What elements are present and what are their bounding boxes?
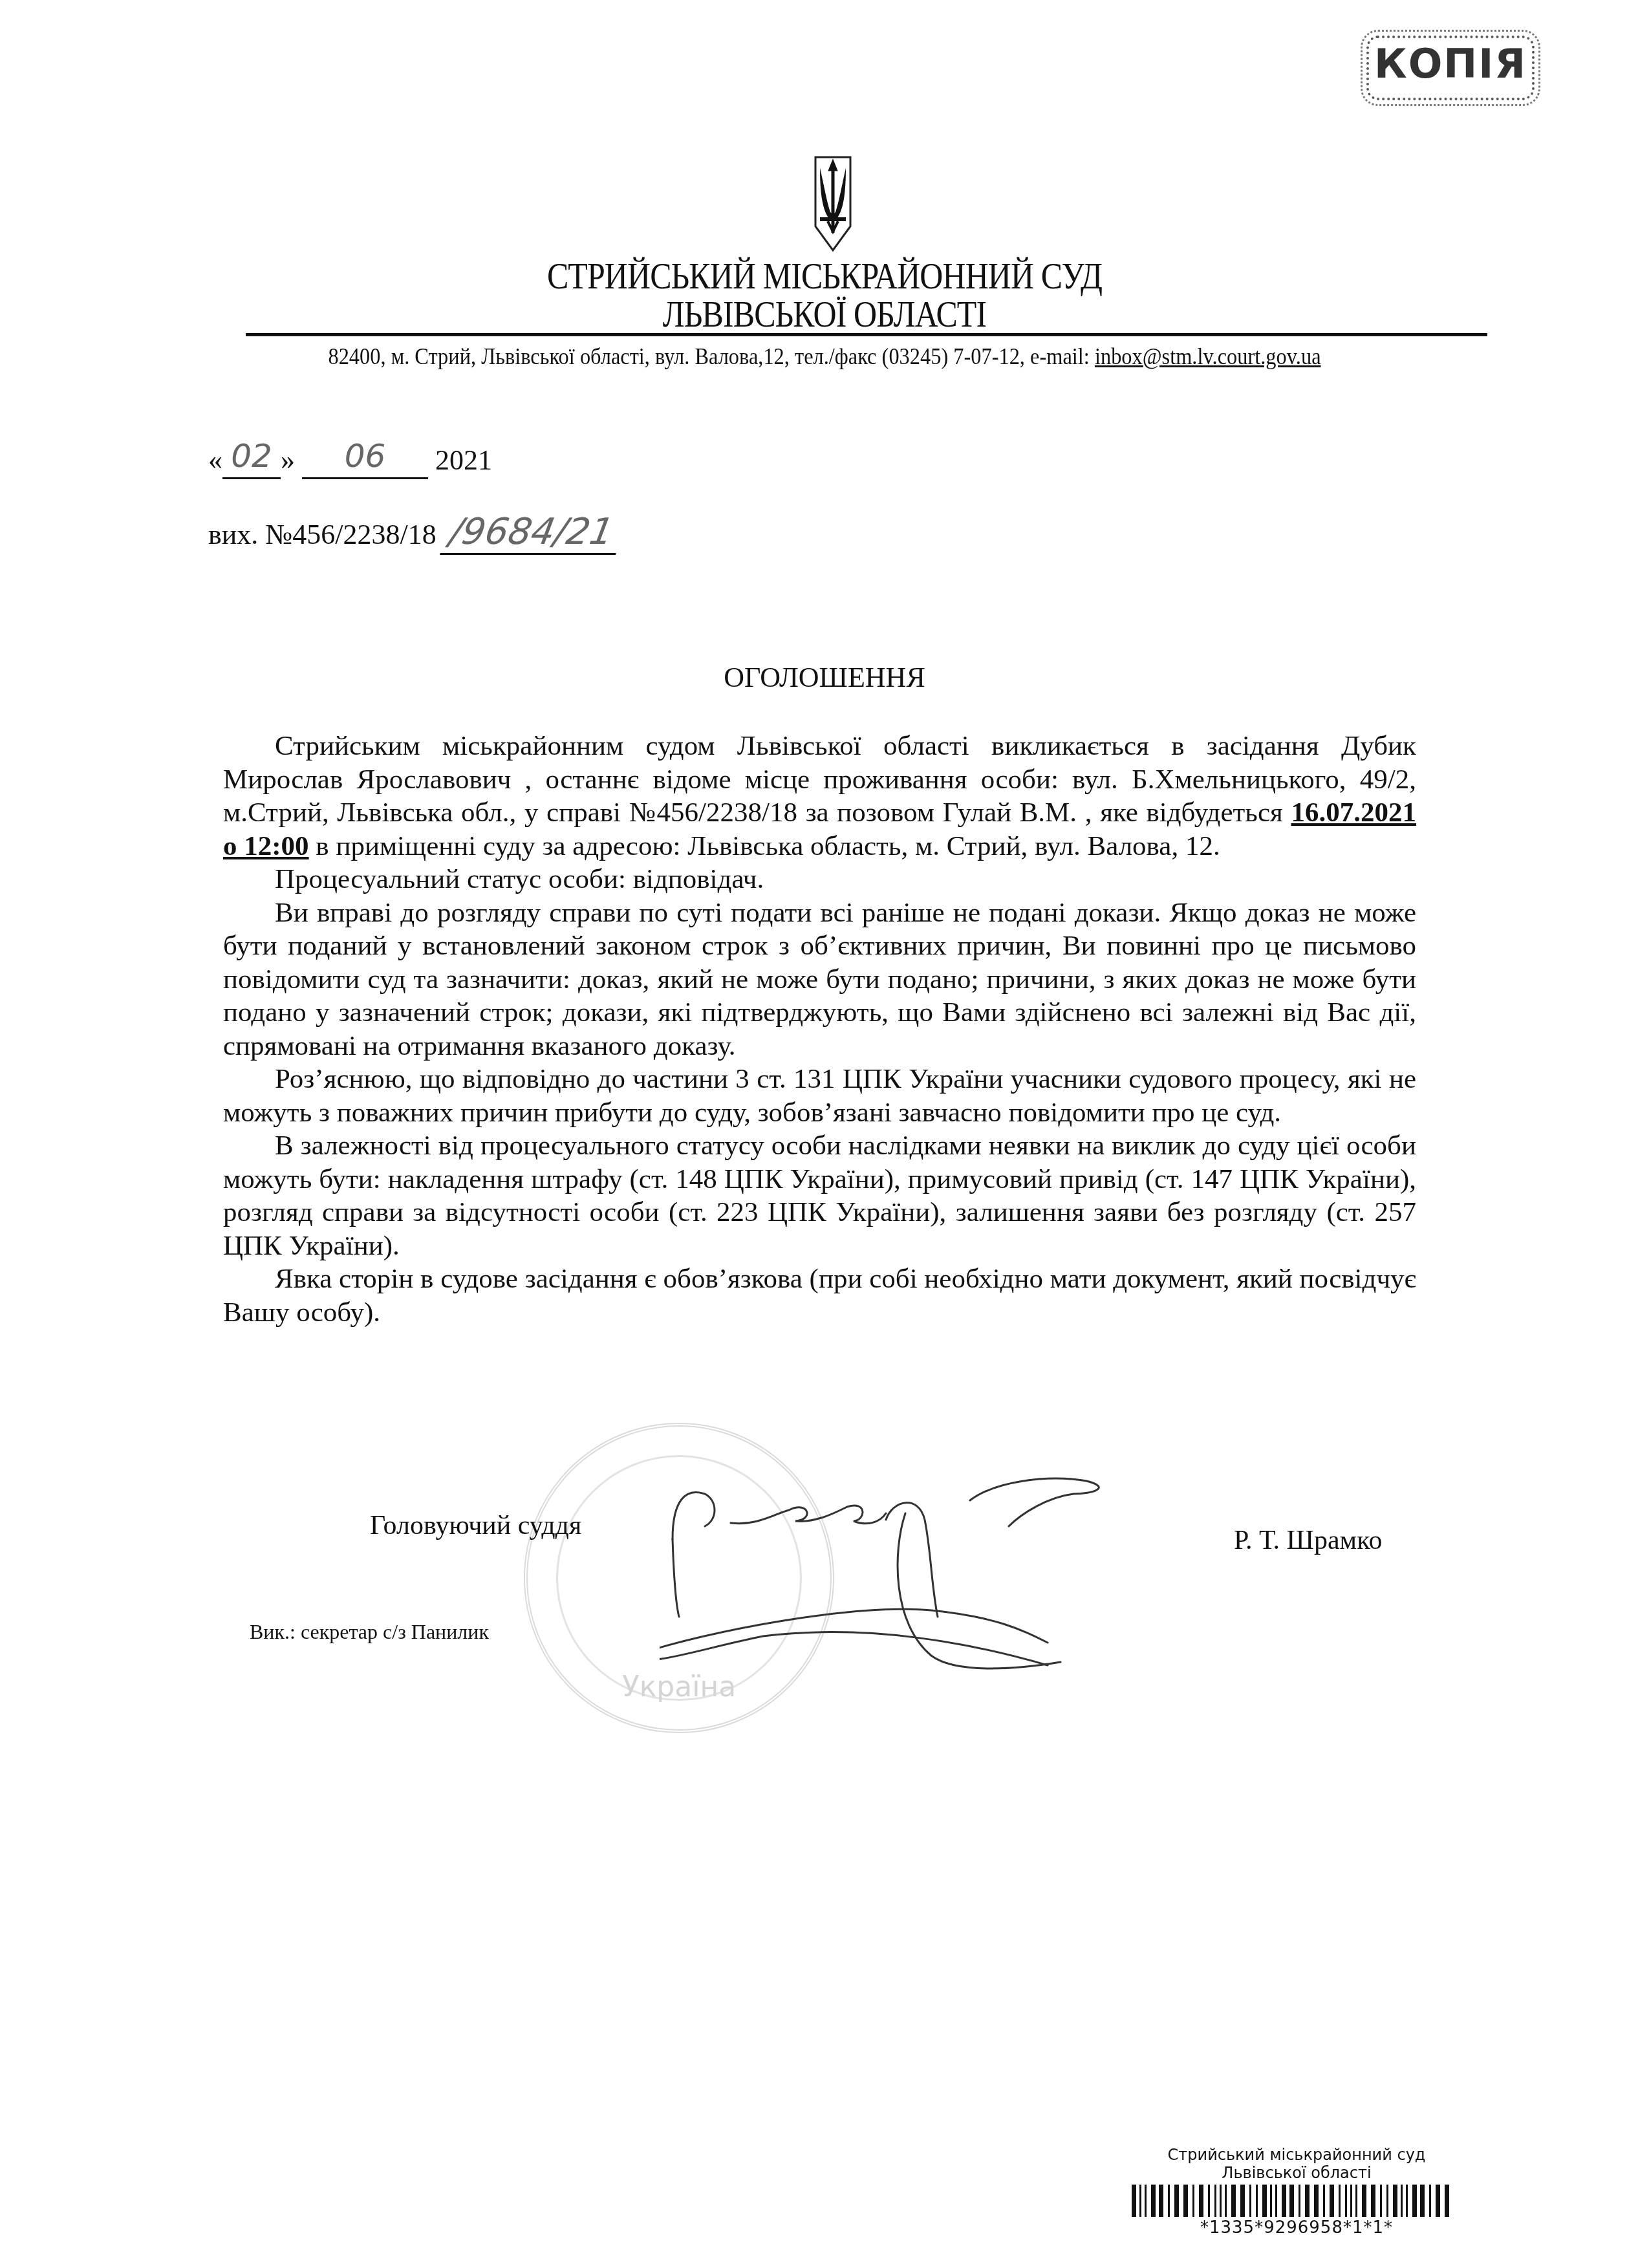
barcode-label-line1: Стрийський міськрайонний суд: [1158, 2146, 1436, 2164]
executor-line: Вик.: секретар с/з Панилик: [250, 1620, 489, 1644]
outgoing-number-handwritten: /9684/21: [440, 511, 623, 555]
outgoing-number: вих. №456/2238/18 /9684/21: [208, 511, 619, 555]
barcode-label: Стрийський міськрайонний суд Львівської …: [1158, 2146, 1436, 2182]
copy-stamp-label: КОПІЯ: [1374, 40, 1527, 87]
date-month-handwritten: 06: [345, 437, 386, 475]
barcode-number: *1335*9296958*1*1*: [1158, 2218, 1436, 2238]
barcode-icon: [1132, 2185, 1455, 2217]
paragraph-summons: Стрийським міськрайонним судом Львівсько…: [223, 729, 1416, 863]
copy-stamp: КОПІЯ: [1366, 36, 1535, 100]
document-date: «02» 06 2021: [208, 440, 492, 479]
announcement-body: Стрийським міськрайонним судом Львівсько…: [223, 729, 1416, 1329]
summons-text: Стрийським міськрайонним судом Львівсько…: [223, 731, 1416, 828]
date-open-quote: «: [208, 444, 222, 476]
date-year: 2021: [435, 444, 492, 476]
date-month: 06: [302, 440, 428, 479]
paragraph-attendance: Явка сторін в судове засідання є обов’яз…: [223, 1262, 1416, 1329]
barcode-label-line2: Львівської області: [1158, 2164, 1436, 2182]
header-divider: [246, 333, 1487, 336]
address-text: 82400, м. Стрий, Львівської області, вул…: [328, 343, 1094, 369]
paragraph-status: Процесуальний статус особи: відповідач.: [223, 863, 1416, 896]
paragraph-consequences: В залежності від процесуального статусу …: [223, 1129, 1416, 1262]
summons-location: в приміщенні суду за адресою: Львівська …: [309, 831, 1220, 861]
trident-coat-of-arms-icon: [814, 155, 852, 252]
judge-role: Головуючий суддя: [370, 1510, 581, 1541]
court-name-line2: ЛЬВІВСЬКОЇ ОБЛАСТІ: [116, 294, 1534, 334]
judge-name: Р. Т. Шрамко: [1234, 1525, 1382, 1556]
court-name-line1: СТРИЙСЬКИЙ МІСЬКРАЙОННИЙ СУД: [116, 256, 1534, 296]
paragraph-evidence: Ви вправі до розгляду справи по суті под…: [223, 896, 1416, 1063]
outgoing-number-prefix: вих. №456/2238/18: [208, 519, 436, 550]
document-title: ОГОЛОШЕННЯ: [0, 661, 1649, 694]
handwritten-signature-icon: [660, 1474, 1242, 1688]
court-address: 82400, м. Стрий, Львівської області, вул…: [83, 343, 1567, 370]
date-day-handwritten: 02: [231, 437, 272, 475]
date-close-quote: »: [281, 444, 295, 476]
date-day: 02: [222, 440, 281, 479]
email-link[interactable]: inbox@stm.lv.court.gov.ua: [1095, 343, 1321, 369]
paragraph-notice: Роз’яснюю, що відповідно до частини 3 ст…: [223, 1063, 1416, 1129]
